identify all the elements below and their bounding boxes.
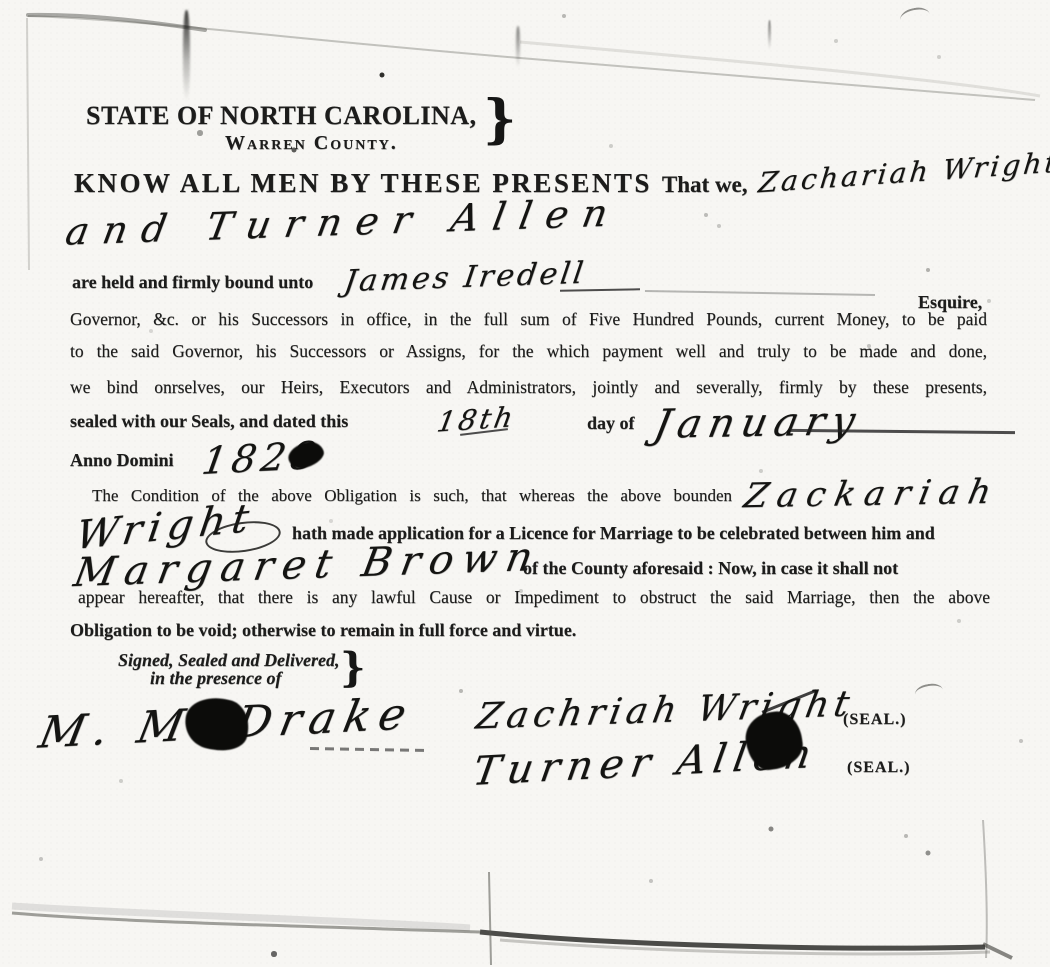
handwritten-obligee: James Iredell: [342, 256, 588, 299]
pen-flourish-obligee: [560, 288, 640, 291]
pen-flourish-witness: [310, 747, 430, 752]
condition-line4: appear hereafter, that there is any lawf…: [78, 588, 990, 606]
attestation-line2: in the presence of: [150, 668, 281, 689]
handwritten-obligor-primary: Zachariah Wright: [757, 146, 1050, 200]
pen-curl-seal: [914, 682, 944, 703]
day-of-label: day of: [587, 413, 635, 434]
paper-speckles: [0, 0, 2, 2]
handwritten-obligor-secondary: and Turner Allen: [62, 190, 625, 253]
pen-curl-top: [898, 5, 931, 29]
fold-mark-left: [183, 10, 190, 102]
opening-line: KNOW ALL MEN BY THESE PRESENTS That we,: [74, 168, 748, 199]
handwritten-month: January: [650, 398, 866, 448]
seal-label-primary: (SEAL.): [843, 711, 906, 729]
dated-label: sealed with our Seals, and dated this: [70, 411, 348, 432]
pen-flourish-obligee-faint: [645, 290, 875, 296]
attestation-brace: }: [340, 648, 366, 688]
document-county-subtitle: Warren County.: [225, 132, 398, 155]
bond-line-governor: Governor, &c. or his Successors in offic…: [70, 310, 987, 328]
header-brace: }: [483, 94, 516, 146]
fold-mark-center: [516, 26, 520, 68]
seal-label-secondary: (SEAL.): [847, 759, 910, 777]
marriage-bond-document: STATE OF NORTH CAROLINA, Warren County. …: [0, 0, 1050, 967]
condition-line3: of the County aforesaid : Now, in case i…: [523, 558, 898, 579]
bound-unto-label: are held and firmly bound unto: [72, 272, 313, 293]
bond-line-payment: to the said Governor, his Successors or …: [70, 342, 987, 360]
opening-that-we: That we,: [662, 172, 748, 197]
condition-line5: Obligation to be void; otherwise to rema…: [70, 620, 576, 641]
anno-domini-label: Anno Domini: [70, 450, 174, 471]
fold-mark-right: [768, 20, 771, 50]
document-state-title: STATE OF NORTH CAROLINA,: [86, 101, 477, 131]
handwritten-groom-first: Zackariah: [741, 472, 1004, 516]
bond-line-bind: we bind onrselves, our Heirs, Executors …: [70, 378, 987, 396]
